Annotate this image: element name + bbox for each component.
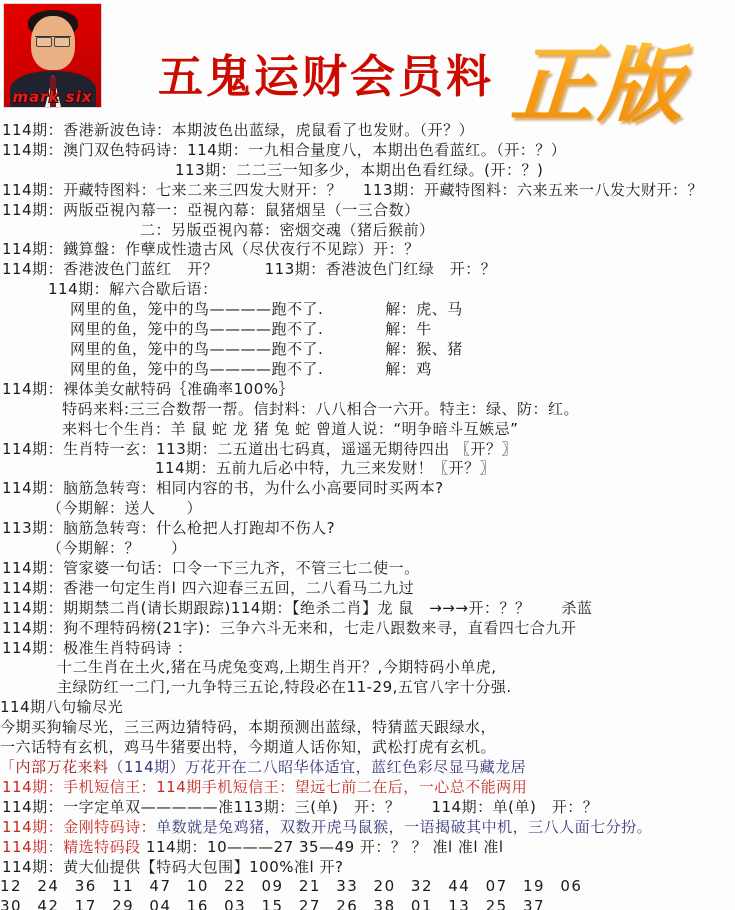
text-segment: 114期：香港一句定生肖l 四六迎春三五回，二八看马二九过 <box>2 579 414 597</box>
portrait-photo: mark six <box>3 3 102 108</box>
text-line: 114期：极准生肖特码诗 ： <box>0 639 735 659</box>
portrait-glasses <box>35 36 71 46</box>
text-line: 114期：两版亞視內幕一：亞視內幕：鼠猪烟呈（一三合数） <box>0 201 735 221</box>
text-segment: 114期：香港波色门蓝红 开？ 113期：香港波色门红绿 开：？ <box>2 260 496 278</box>
page-header: mark six 五鬼运财会员料 正版 <box>0 0 735 120</box>
text-segment: 12 24 36 11 47 10 22 09 21 33 20 32 44 0… <box>0 877 582 895</box>
text-line: 十二生肖在土火,猪在马虎兔变鸡,上期生肖开？,今期特码小单虎, <box>0 658 735 678</box>
text-line: 114期：澳门双色特码诗：114期：一九相合量度八，本期出色看蓝红。（开：？） <box>0 141 735 161</box>
text-segment: 114期：两版亞視內幕一：亞視內幕：鼠猪烟呈（一三合数） <box>2 201 420 219</box>
text-segment: 114期：五前九后必中特，九三来发财！〖开？〗 <box>155 459 495 477</box>
text-segment: 113期：脑筋急转弯：什么枪把人打跑却不伤人? <box>2 519 335 537</box>
text-line: （今期解：送人 ） <box>0 499 735 519</box>
text-segment: 二：另版亞視內幕：密烟交魂（猪后猴前） <box>140 221 435 239</box>
text-line: 114期：开藏特图料：七来二来三四发大财开：？ 113期：开藏特图料：六来五来一… <box>0 181 735 201</box>
text-segment: 单数就是兔鸡猪，双数开虎马鼠猴，一语揭破其中机，三八人面七分扮。 <box>156 818 652 836</box>
text-line: 114期：香港新波色诗：本期波色出蓝绿，虎鼠看了也发财。（开？） <box>0 121 735 141</box>
text-segment: 「内部万花来料 <box>0 758 109 776</box>
text-line: 30 42 17 29 04 16 03 15 27 26 38 01 13 2… <box>0 897 735 910</box>
text-line: 主绿防红一二门,一九争特三五论,特段必在11-29,五官八字十分强. <box>0 678 735 698</box>
text-segment: 114期：手机短信王：114期手机短信王：望远七前二在后，一心总不能两用 <box>2 778 527 796</box>
text-segment: 114期：裸体美女献特码｛准确率100%｝ <box>2 380 294 398</box>
text-line: 一六话特有玄机，鸡马牛猪要出特，今期道人话你知，武松打虎有玄机。 <box>0 738 735 758</box>
text-segment: 网里的鱼，笼中的鸟————跑不了. 解：牛 <box>70 320 432 338</box>
text-segment: 网里的鱼，笼中的鸟————跑不了. 解：猴、猪 <box>70 340 463 358</box>
text-line: 114期：金刚特码诗：单数就是兔鸡猪，双数开虎马鼠猴，一语揭破其中机，三八人面七… <box>0 818 735 838</box>
text-line: 114期：脑筋急转弯：相同内容的书，为什么小高要同时买两本? <box>0 479 735 499</box>
text-segment: （114期）万花开在二八昭华体适宜，蓝红色彩尽显马藏龙居 <box>109 758 527 776</box>
text-line: 114期：裸体美女献特码｛准确率100%｝ <box>0 380 735 400</box>
text-line: 114期：一字定单双—————准113期：三(单) 开：？ 114期：单(单) … <box>0 798 735 818</box>
text-line: （今期解：？ ） <box>0 539 735 559</box>
text-segment: 114期：金刚特码诗： <box>2 818 156 836</box>
text-segment: 网里的鱼，笼中的鸟————跑不了. 解：虎、马 <box>70 300 463 318</box>
text-segment: 114期：管家婆一句话：口令一下三九齐，不管三七二使一。 <box>2 559 420 577</box>
text-segment: （今期解：送人 ） <box>47 499 202 517</box>
text-segment: 114期：狗不理特码榜(21字)：三争六斗无来和，七走八跟数来寻，直看四七合九开 <box>2 619 576 637</box>
text-segment: 114期：精选特码段 <box>2 838 146 856</box>
text-line: 114期：精选特码段 114期：10———27 35—49 开：？ ？ 准l 准… <box>0 838 735 858</box>
text-segment: 113期：二二三一知多少，本期出色看红绿。(开：？) <box>175 161 543 179</box>
text-segment: 114期：解六合歇后语： <box>48 280 218 298</box>
text-segment: 主绿防红一二门,一九争特三五论,特段必在11-29,五官八字十分强. <box>57 678 512 696</box>
page-title: 五鬼运财会员料 <box>158 40 494 105</box>
text-line: 114期：期期禁二肖(请长期跟踪)114期：【绝杀二肖】龙 鼠 →→→开：？？ … <box>0 599 735 619</box>
text-line: 网里的鱼，笼中的鸟————跑不了. 解：猴、猪 <box>0 340 735 360</box>
text-line: 114期：五前九后必中特，九三来发财！〖开？〗 <box>0 459 735 479</box>
text-line: 二：另版亞視內幕：密烟交魂（猪后猴前） <box>0 221 735 241</box>
text-segment: 网里的鱼，笼中的鸟————跑不了. 解：鸡 <box>70 360 432 378</box>
text-line: 113期：二二三一知多少，本期出色看红绿。(开：？) <box>0 161 735 181</box>
text-line: 网里的鱼，笼中的鸟————跑不了. 解：牛 <box>0 320 735 340</box>
text-line: 113期：脑筋急转弯：什么枪把人打跑却不伤人? <box>0 519 735 539</box>
text-line: 来料七个生肖：羊 鼠 蛇 龙 猪 兔 蛇 曾道人说：“明争暗斗互嫉忌” <box>0 420 735 440</box>
text-segment: 114期：期期禁二肖(请长期跟踪)114期：【绝杀二肖】龙 鼠 →→→开：？？ … <box>2 599 592 617</box>
text-segment: 30 42 17 29 04 16 03 15 27 26 38 01 13 2… <box>0 897 545 910</box>
photo-caption: mark six <box>4 88 101 106</box>
text-line: 114期：鐵算盤：作孽成性遗古风（尽伏夜行不见踪）开：？ <box>0 240 735 260</box>
text-segment: 来料七个生肖：羊 鼠 蛇 龙 猪 兔 蛇 曾道人说：“明争暗斗互嫉忌” <box>62 420 518 438</box>
text-line: 114期：手机短信王：114期手机短信王：望远七前二在后，一心总不能两用 <box>0 778 735 798</box>
text-segment: 114期：10———27 35—49 开：？ ？ 准l 准l 准l <box>146 838 504 856</box>
text-line: 特码来料:三三合数帮一帮。信封料：八八相合一六开。特主：绿、防：红。 <box>0 400 735 420</box>
text-line: 114期：解六合歇后语： <box>0 280 735 300</box>
text-line: 网里的鱼，笼中的鸟————跑不了. 解：鸡 <box>0 360 735 380</box>
text-line: 114期：生肖特一玄：113期：二五道出七码真，遥遥无期待四出 〖开？〗 <box>0 440 735 460</box>
text-segment: 114期：极准生肖特码诗 ： <box>2 639 192 657</box>
text-segment: 今期买狗输尽光，三三两边猜特码，本期预测出蓝绿，特猜蓝天跟绿水， <box>0 718 496 736</box>
text-line: 114期八句输尽光 <box>0 698 735 718</box>
tips-content: 114期：香港新波色诗：本期波色出蓝绿，虎鼠看了也发财。（开？）114期：澳门双… <box>0 121 735 910</box>
text-segment: 特码来料:三三合数帮一帮。信封料：八八相合一六开。特主：绿、防：红。 <box>62 400 579 418</box>
text-segment: 114期：澳门双色特码诗：114期：一九相合量度八，本期出色看蓝红。（开：？） <box>2 141 566 159</box>
text-segment: 114期：鐵算盤：作孽成性遗古风（尽伏夜行不见踪）开：？ <box>2 240 420 258</box>
text-line: 114期：香港波色门蓝红 开？ 113期：香港波色门红绿 开：？ <box>0 260 735 280</box>
text-line: 「内部万花来料（114期）万花开在二八昭华体适宜，蓝红色彩尽显马藏龙居 <box>0 758 735 778</box>
text-segment: 114期：香港新波色诗：本期波色出蓝绿，虎鼠看了也发财。（开？） <box>2 121 474 139</box>
text-line: 114期：香港一句定生肖l 四六迎春三五回，二八看马二九过 <box>0 579 735 599</box>
text-segment: 114期：开藏特图料：七来二来三四发大财开：？ 113期：开藏特图料：六来五来一… <box>2 181 703 199</box>
text-segment: 114期：生肖特一玄：113期：二五道出七码真，遥遥无期待四出 〖开？〗 <box>2 440 517 458</box>
text-segment: 一六话特有玄机，鸡马牛猪要出特，今期道人话你知，武松打虎有玄机。 <box>0 738 496 756</box>
text-line: 114期：管家婆一句话：口令一下三九齐，不管三七二使一。 <box>0 559 735 579</box>
text-line: 12 24 36 11 47 10 22 09 21 33 20 32 44 0… <box>0 877 735 897</box>
text-segment: 114期：脑筋急转弯：相同内容的书，为什么小高要同时买两本? <box>2 479 444 497</box>
text-segment: 114期：黄大仙提供【特码大包围】100%准l 开? <box>2 858 343 876</box>
text-segment: （今期解：？ ） <box>47 539 187 557</box>
text-line: 114期：黄大仙提供【特码大包围】100%准l 开? <box>0 858 735 878</box>
text-segment: 十二生肖在土火,猪在马虎兔变鸡,上期生肖开？,今期特码小单虎, <box>57 658 497 676</box>
text-line: 网里的鱼，笼中的鸟————跑不了. 解：虎、马 <box>0 300 735 320</box>
text-line: 今期买狗输尽光，三三两边猜特码，本期预测出蓝绿，特猜蓝天跟绿水， <box>0 718 735 738</box>
text-segment: 114期：一字定单双—————准113期：三(单) 开：？ 114期：单(单) … <box>2 798 598 816</box>
text-segment: 114期八句输尽光 <box>0 698 123 716</box>
text-line: 114期：狗不理特码榜(21字)：三争六斗无来和，七走八跟数来寻，直看四七合九开 <box>0 619 735 639</box>
